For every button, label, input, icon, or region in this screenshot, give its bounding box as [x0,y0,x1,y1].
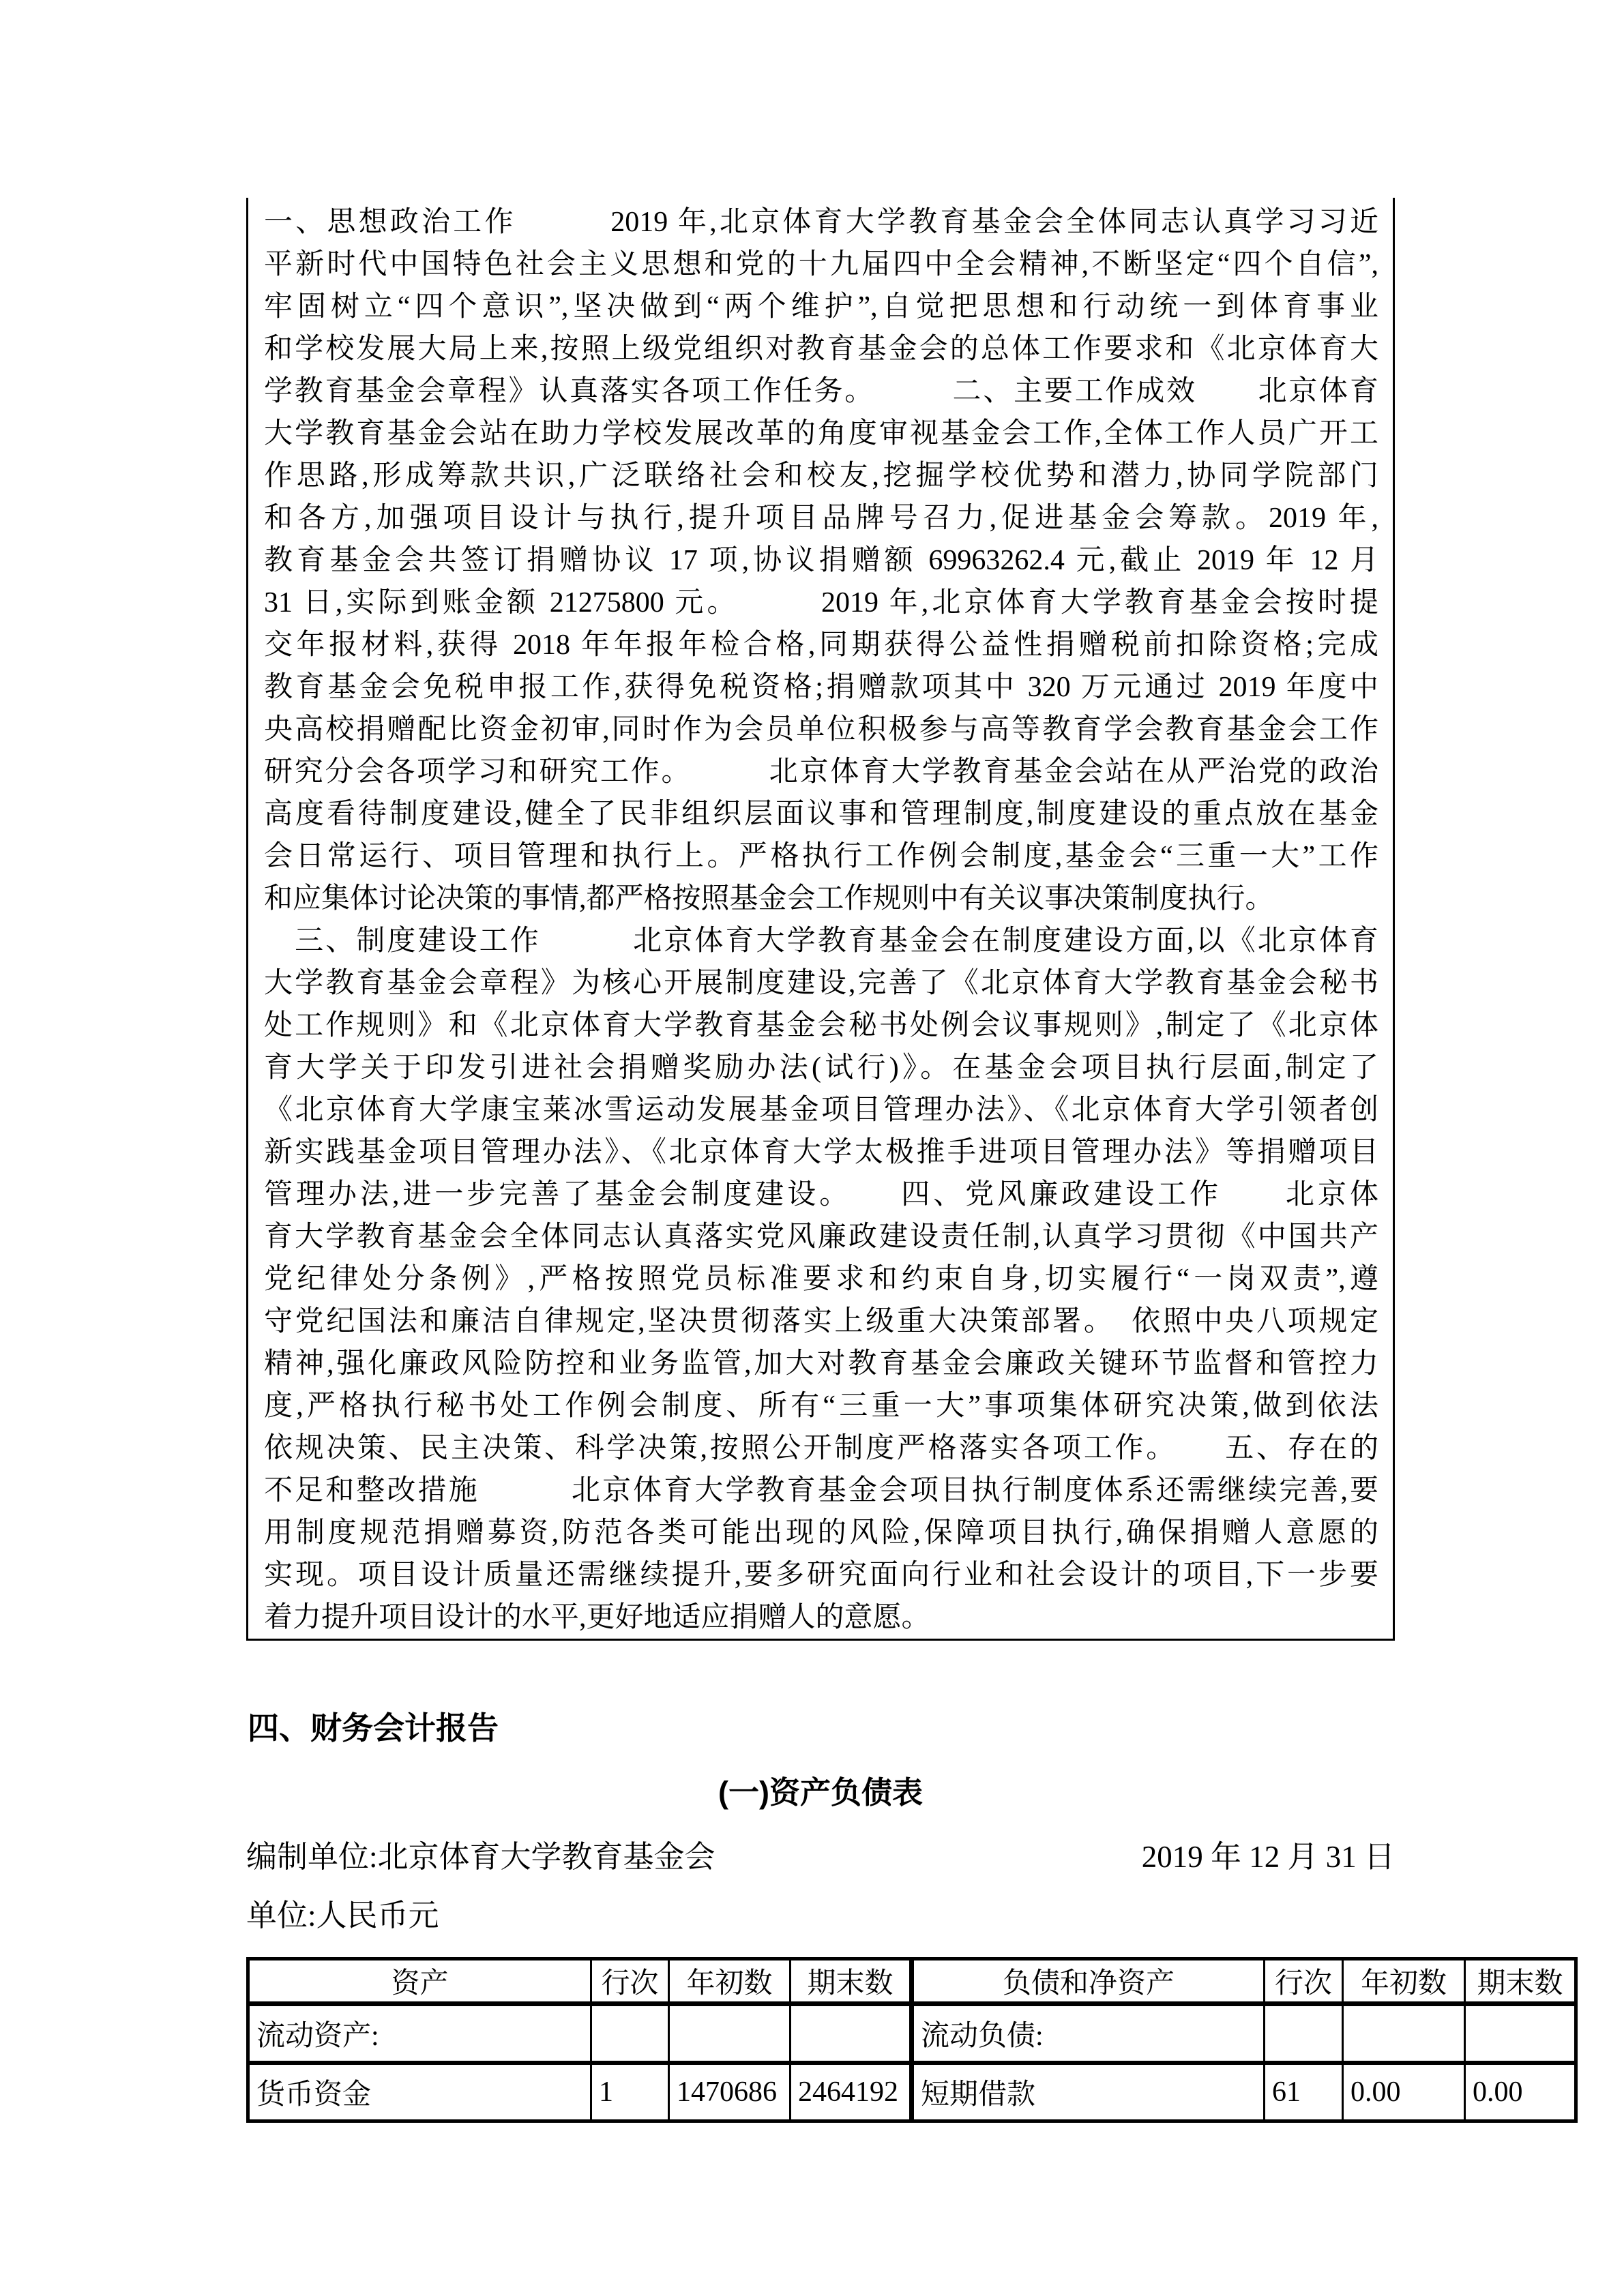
report-line-11: 交年报材料,获得 2018 年年报年检合格,同期获得公益性捐赠税前扣除资格;完成 [264,624,1378,666]
report-line-30: 依规决策、民主决策、科学决策,按照公开制度严格落实各项工作。 五、存在的 [264,1427,1378,1470]
table-cell-r1-c7 [1343,2004,1465,2063]
report-line-21: 育大学关于印发引进社会捐赠奖励办法(试行)》。在基金会项目执行层面,制定了 [264,1047,1378,1089]
column-header-8: 期末数 [1465,1959,1576,2004]
report-line-15: 高度看待制度建设,健全了民非组织层面议事和管理制度,制度建设的重点放在基金 [264,793,1378,835]
report-line-33: 实现。项目设计质量还需继续提升,要多研究面向行业和社会设计的项目,下一步要 [264,1554,1378,1596]
report-line-12: 教育基金会免税申报工作,获得免税资格;捐赠款项其中 320 万元通过 2019 … [264,666,1378,709]
prepared-by-row: 编制单位:北京体育大学教育基金会 2019 年 12 月 31 日 [246,1836,1395,1878]
balance-sheet-table: 资产行次年初数期末数负债和净资产行次年初数期末数 流动资产:流动负债:货币资金1… [246,1957,1578,2123]
report-line-27: 守党纪国法和廉洁自律规定,坚决贯彻落实上级重大决策部署。 依照中央八项规定 [264,1300,1378,1343]
report-line-22: 《北京体育大学康宝莱冰雪运动发展基金项目管理办法》、《北京体育大学引领者创 [264,1089,1378,1131]
column-header-1: 资产 [248,1959,591,2004]
table-cell-r1-c4 [791,2004,912,2063]
table-row-1: 流动资产:流动负债: [248,2004,1576,2063]
report-line-3: 牢固树立“四个意识”,坚决做到“两个维护”,自觉把思想和行动统一到体育事业 [264,286,1378,328]
column-header-3: 年初数 [669,1959,791,2004]
report-line-1: 一、思想政治工作 2019 年,北京体育大学教育基金会全体同志认真学习习近 [264,201,1378,243]
table-cell-r2-c6: 61 [1265,2063,1343,2121]
table-cell-r2-c7: 0.00 [1343,2063,1465,2121]
report-line-26: 党纪律处分条例》,严格按照党员标准要求和约束自身,切实履行“一岗双责”,遵 [264,1258,1378,1300]
unit-label: 单位:人民币元 [246,1894,1574,1937]
report-line-7: 作思路,形成筹款共识,广泛联络社会和校友,挖掘学校优势和潜力,协同学院部门 [264,455,1378,497]
table-cell-r2-c4: 2464192 [791,2063,912,2121]
report-line-5: 学教育基金会章程》认真落实各项工作任务。 二、主要工作成效 北京体育 [264,370,1378,413]
report-line-8: 和各方,加强项目设计与执行,提升项目品牌号召力,促进基金会筹款。2019 年, [264,497,1378,539]
table-cell-r1-c2 [591,2004,669,2063]
report-line-28: 精神,强化廉政风险防控和业务监管,加大对教育基金会廉政关键环节监督和管控力 [264,1343,1378,1385]
report-line-17: 和应集体讨论决策的事情,都严格按照基金会工作规则中有关议事决策制度执行。 [264,878,1378,920]
report-date: 2019 年 12 月 31 日 [1142,1836,1395,1878]
table-cell-r1-c8 [1465,2004,1576,2063]
table-cell-r2-c8: 0.00 [1465,2063,1576,2121]
table-cell-r1-c6 [1265,2004,1343,2063]
report-line-4: 和学校发展大局上来,按照上级党组织对教育基金会的总体工作要求和《北京体育大 [264,328,1378,370]
report-line-2: 平新时代中国特色社会主义思想和党的十九届四中全会精神,不断坚定“四个自信”, [264,243,1378,286]
report-line-25: 育大学教育基金会全体同志认真落实党风廉政建设责任制,认真学习贯彻《中国共产 [264,1216,1378,1258]
report-line-31: 不足和整改措施 北京体育大学教育基金会项目执行制度体系还需继续完善,要 [264,1470,1378,1512]
report-line-13: 央高校捐赠配比资金初审,同时作为会员单位积极参与高等教育学会教育基金会工作 [264,709,1378,751]
table-header-row: 资产行次年初数期末数负债和净资产行次年初数期末数 [248,1959,1576,2004]
table-cell-r2-c3: 1470686 [669,2063,791,2121]
report-line-14: 研究分会各项学习和研究工作。 北京体育大学教育基金会站在从严治党的政治 [264,751,1378,793]
subsection-heading-balance-sheet: (一)资产负债表 [246,1772,1395,1814]
column-header-4: 期末数 [791,1959,912,2004]
report-line-10: 31 日,实际到账金额 21275800 元。 2019 年,北京体育大学教育基… [264,582,1378,624]
annual-report-text-box: 一、思想政治工作 2019 年,北京体育大学教育基金会全体同志认真学习习近平新时… [246,198,1395,1641]
table-cell-r2-c1: 货币资金 [248,2063,591,2121]
table-cell-r1-c5: 流动负债: [912,2004,1265,2063]
report-line-19: 大学教育基金会章程》为核心开展制度建设,完善了《北京体育大学教育基金会秘书 [264,962,1378,1004]
report-line-18: 三、制度建设工作 北京体育大学教育基金会在制度建设方面,以《北京体育 [264,920,1378,962]
page: { "page": {"background": "#ffffff", "tex… [0,0,1624,2296]
report-line-9: 教育基金会共签订捐赠协议 17 项,协议捐赠额 69963262.4 元,截止 … [264,539,1378,582]
report-line-34: 着力提升项目设计的水平,更好地适应捐赠人的意愿。 [264,1596,1378,1639]
table-row-2: 货币资金114706862464192短期借款610.000.00 [248,2063,1576,2121]
column-header-2: 行次 [591,1959,669,2004]
table-cell-r1-c1: 流动资产: [248,2004,591,2063]
table-cell-r2-c5: 短期借款 [912,2063,1265,2121]
table-cell-r2-c2: 1 [591,2063,669,2121]
report-line-16: 会日常运行、项目管理和执行上。严格执行工作例会制度,基金会“三重一大”工作 [264,835,1378,878]
report-line-32: 用制度规范捐赠募资,防范各类可能出现的风险,保障项目执行,确保捐赠人意愿的 [264,1512,1378,1554]
document-page: 一、思想政治工作 2019 年,北京体育大学教育基金会全体同志认真学习习近平新时… [246,198,1574,2123]
report-line-24: 管理办法,进一步完善了基金会制度建设。 四、党风廉政建设工作 北京体 [264,1174,1378,1216]
section-heading-financial-report: 四、财务会计报告 [248,1706,1574,1750]
prepared-by-label: 编制单位:北京体育大学教育基金会 [246,1836,715,1878]
report-line-29: 度,严格执行秘书处工作例会制度、所有“三重一大”事项集体研究决策,做到依法 [264,1385,1378,1427]
report-line-20: 处工作规则》和《北京体育大学教育基金会秘书处例会议事规则》,制定了《北京体 [264,1004,1378,1047]
column-header-7: 年初数 [1343,1959,1465,2004]
report-line-23: 新实践基金项目管理办法》、《北京体育大学太极推手进项目管理办法》等捐赠项目 [264,1131,1378,1174]
table-cell-r1-c3 [669,2004,791,2063]
report-line-6: 大学教育基金会站在助力学校发展改革的角度审视基金会工作,全体工作人员广开工 [264,413,1378,455]
column-header-5: 负债和净资产 [912,1959,1265,2004]
column-header-6: 行次 [1265,1959,1343,2004]
